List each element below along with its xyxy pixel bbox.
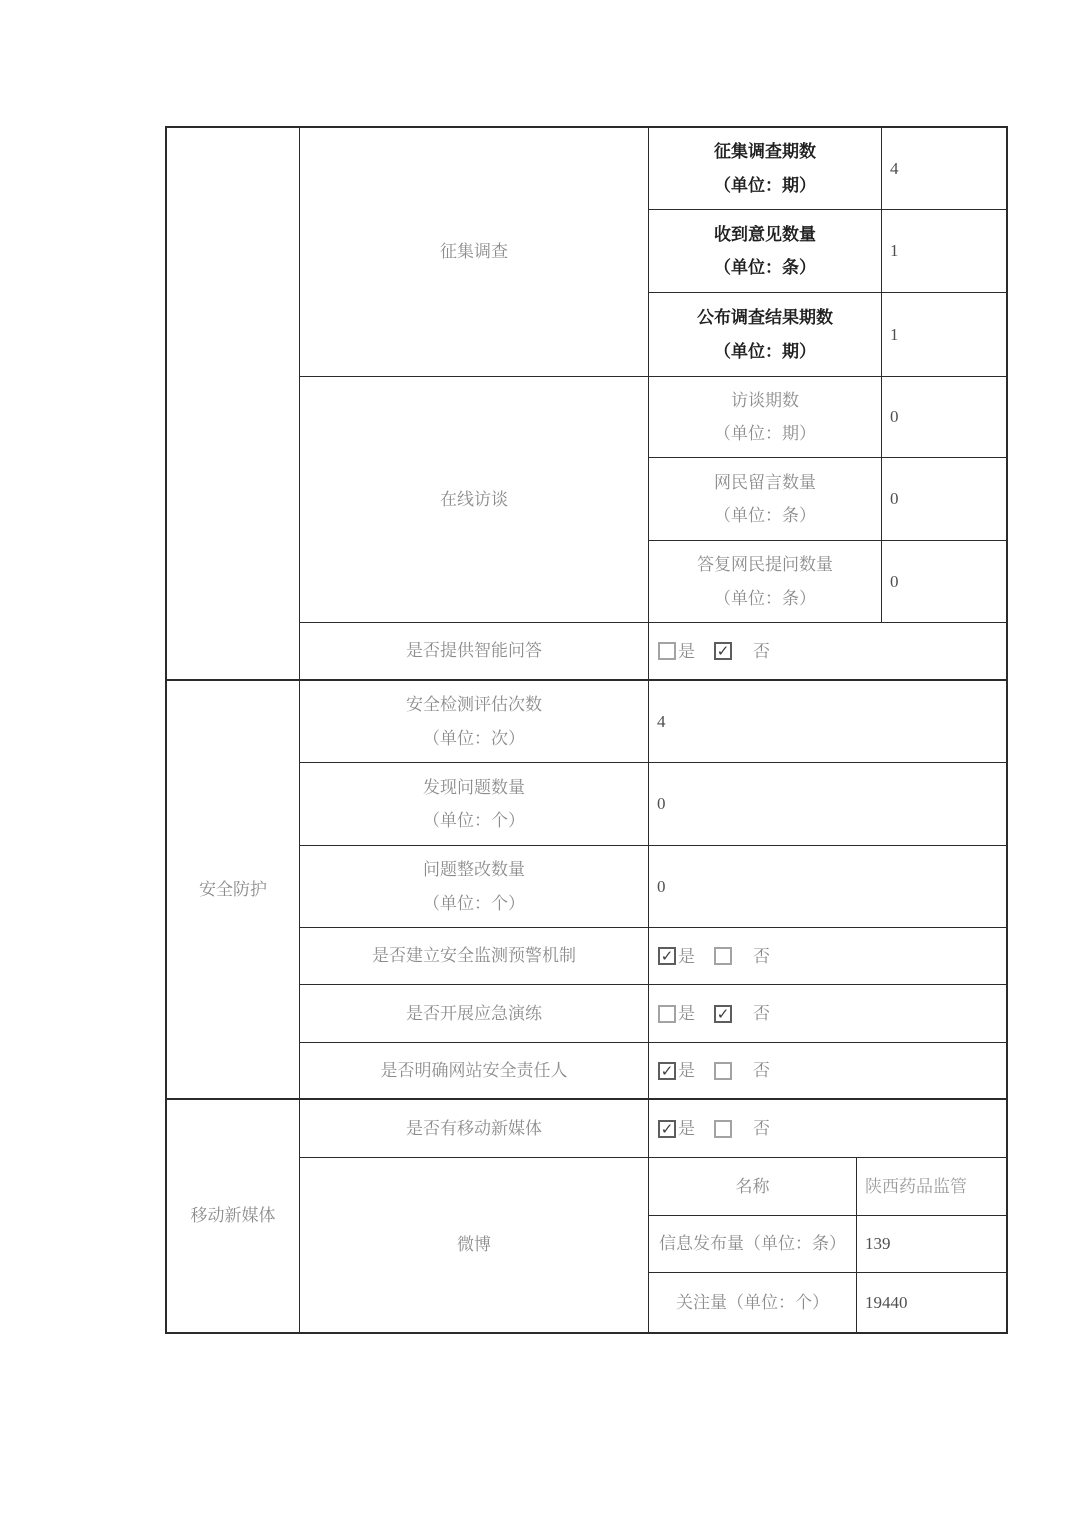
category-cell-new-media: 移动新媒体	[167, 1100, 300, 1332]
question-answer-cell: 是 否	[649, 928, 1006, 985]
metric-unit: （单位：期）	[714, 335, 816, 368]
question-label: 是否建立安全监测预警机制	[372, 939, 576, 972]
metric-label: 关注量（单位：个）	[676, 1286, 829, 1319]
group-label: 微博	[457, 1228, 491, 1261]
metric-value-cell: 0	[649, 846, 1006, 928]
metric-value-cell: 4	[882, 128, 1006, 210]
checkbox-no[interactable]	[714, 642, 732, 660]
checkbox-yes-label: 是	[678, 643, 695, 660]
group-label: 在线访谈	[440, 483, 508, 516]
metric-label: 网民留言数量	[714, 466, 816, 499]
metric-value-cell: 4	[649, 681, 1006, 763]
metric-value: 19440	[865, 1286, 908, 1319]
metric-label-cell: 关注量（单位：个）	[649, 1273, 857, 1332]
checkbox-no-label: 否	[753, 643, 770, 660]
report-table: 征集调查 征集调查期数 （单位：期） 4 收到意见数量 （单位：条） 1 公布调…	[165, 126, 1008, 1334]
metric-label-cell: 访谈期数 （单位：期）	[649, 377, 882, 458]
metric-value-cell: 0	[649, 763, 1006, 846]
question-answer-cell: 是 否	[649, 1043, 1006, 1100]
metric-value: 139	[865, 1227, 891, 1260]
question-label-cell: 是否明确网站安全责任人	[300, 1043, 649, 1100]
metric-value-cell: 139	[857, 1216, 1006, 1273]
checkbox-no[interactable]	[714, 1062, 732, 1080]
group-cell-survey: 征集调查	[300, 128, 649, 377]
metric-value-cell: 0	[882, 458, 1006, 541]
metric-unit: （单位：条）	[714, 251, 816, 284]
checkbox-no-label: 否	[753, 1005, 770, 1022]
metric-unit: （单位：个）	[423, 804, 525, 837]
metric-label-cell: 信息发布量（单位：条）	[649, 1216, 857, 1273]
category-label: 移动新媒体	[191, 1199, 276, 1232]
metric-value-cell: 0	[882, 377, 1006, 458]
metric-value: 0	[657, 870, 666, 903]
metric-label-cell: 征集调查期数 （单位：期）	[649, 128, 882, 210]
group-cell-weibo: 微博	[300, 1158, 649, 1332]
metric-label: 安全检测评估次数	[406, 688, 542, 721]
metric-value: 0	[890, 565, 899, 598]
question-label: 是否明确网站安全责任人	[381, 1054, 568, 1087]
metric-label-cell: 公布调查结果期数 （单位：期）	[649, 293, 882, 377]
question-answer-cell: 是 否	[649, 623, 1006, 681]
metric-label: 名称	[736, 1170, 770, 1203]
metric-value: 4	[890, 152, 899, 185]
metric-value-cell: 1	[882, 293, 1006, 377]
metric-value-cell: 陕西药品监管	[857, 1158, 1006, 1216]
group-cell-online-interview: 在线访谈	[300, 377, 649, 623]
metric-label-cell: 安全检测评估次数 （单位：次）	[300, 681, 649, 763]
checkbox-no-label: 否	[753, 1120, 770, 1137]
metric-label: 答复网民提问数量	[697, 548, 833, 581]
checkbox-yes-label: 是	[678, 1062, 695, 1079]
metric-unit: （单位：次）	[423, 722, 525, 755]
group-label: 征集调查	[440, 235, 508, 268]
metric-unit: （单位：条）	[714, 499, 816, 532]
checkbox-no-label: 否	[753, 1062, 770, 1079]
category-cell-security: 安全防护	[167, 681, 300, 1100]
metric-label: 信息发布量（单位：条）	[659, 1227, 846, 1260]
checkbox-yes[interactable]	[658, 1120, 676, 1138]
question-label: 是否有移动新媒体	[406, 1112, 542, 1145]
checkbox-yes[interactable]	[658, 1005, 676, 1023]
question-label-cell: 是否提供智能问答	[300, 623, 649, 681]
metric-value: 1	[890, 234, 899, 267]
metric-label-cell: 发现问题数量 （单位：个）	[300, 763, 649, 846]
metric-value-cell: 1	[882, 210, 1006, 293]
question-answer-cell: 是 否	[649, 1100, 1006, 1158]
checkbox-yes-label: 是	[678, 1120, 695, 1137]
question-label: 是否开展应急演练	[406, 997, 542, 1030]
metric-value: 0	[657, 787, 666, 820]
metric-unit: （单位：期）	[714, 169, 816, 202]
question-label-cell: 是否建立安全监测预警机制	[300, 928, 649, 985]
metric-label-cell: 答复网民提问数量 （单位：条）	[649, 541, 882, 623]
checkbox-yes[interactable]	[658, 1062, 676, 1080]
checkbox-no[interactable]	[714, 1005, 732, 1023]
metric-label: 访谈期数	[731, 384, 799, 417]
metric-label: 公布调查结果期数	[697, 301, 833, 334]
checkbox-yes-label: 是	[678, 1005, 695, 1022]
metric-value: 0	[890, 400, 899, 433]
metric-unit: （单位：条）	[714, 582, 816, 615]
metric-label: 发现问题数量	[423, 771, 525, 804]
question-label-cell: 是否有移动新媒体	[300, 1100, 649, 1158]
checkbox-yes[interactable]	[658, 642, 676, 660]
metric-value-cell: 0	[882, 541, 1006, 623]
metric-unit: （单位：个）	[423, 887, 525, 920]
category-cell-empty	[167, 128, 300, 681]
metric-label-cell: 问题整改数量 （单位：个）	[300, 846, 649, 928]
question-label-cell: 是否开展应急演练	[300, 985, 649, 1043]
metric-label: 征集调查期数	[714, 135, 816, 168]
metric-unit: （单位：期）	[714, 417, 816, 450]
checkbox-no-label: 否	[753, 948, 770, 965]
checkbox-no[interactable]	[714, 1120, 732, 1138]
metric-value-cell: 19440	[857, 1273, 1006, 1332]
metric-label-cell: 名称	[649, 1158, 857, 1216]
metric-value: 0	[890, 482, 899, 515]
checkbox-yes[interactable]	[658, 947, 676, 965]
category-label: 安全防护	[199, 873, 267, 906]
metric-value: 1	[890, 318, 899, 351]
question-answer-cell: 是 否	[649, 985, 1006, 1043]
checkbox-no[interactable]	[714, 947, 732, 965]
question-label: 是否提供智能问答	[406, 634, 542, 667]
metric-value: 陕西药品监管	[865, 1170, 967, 1203]
metric-label: 问题整改数量	[423, 853, 525, 886]
checkbox-yes-label: 是	[678, 948, 695, 965]
metric-label-cell: 网民留言数量 （单位：条）	[649, 458, 882, 541]
metric-label: 收到意见数量	[714, 218, 816, 251]
metric-value: 4	[657, 705, 666, 738]
metric-label-cell: 收到意见数量 （单位：条）	[649, 210, 882, 293]
